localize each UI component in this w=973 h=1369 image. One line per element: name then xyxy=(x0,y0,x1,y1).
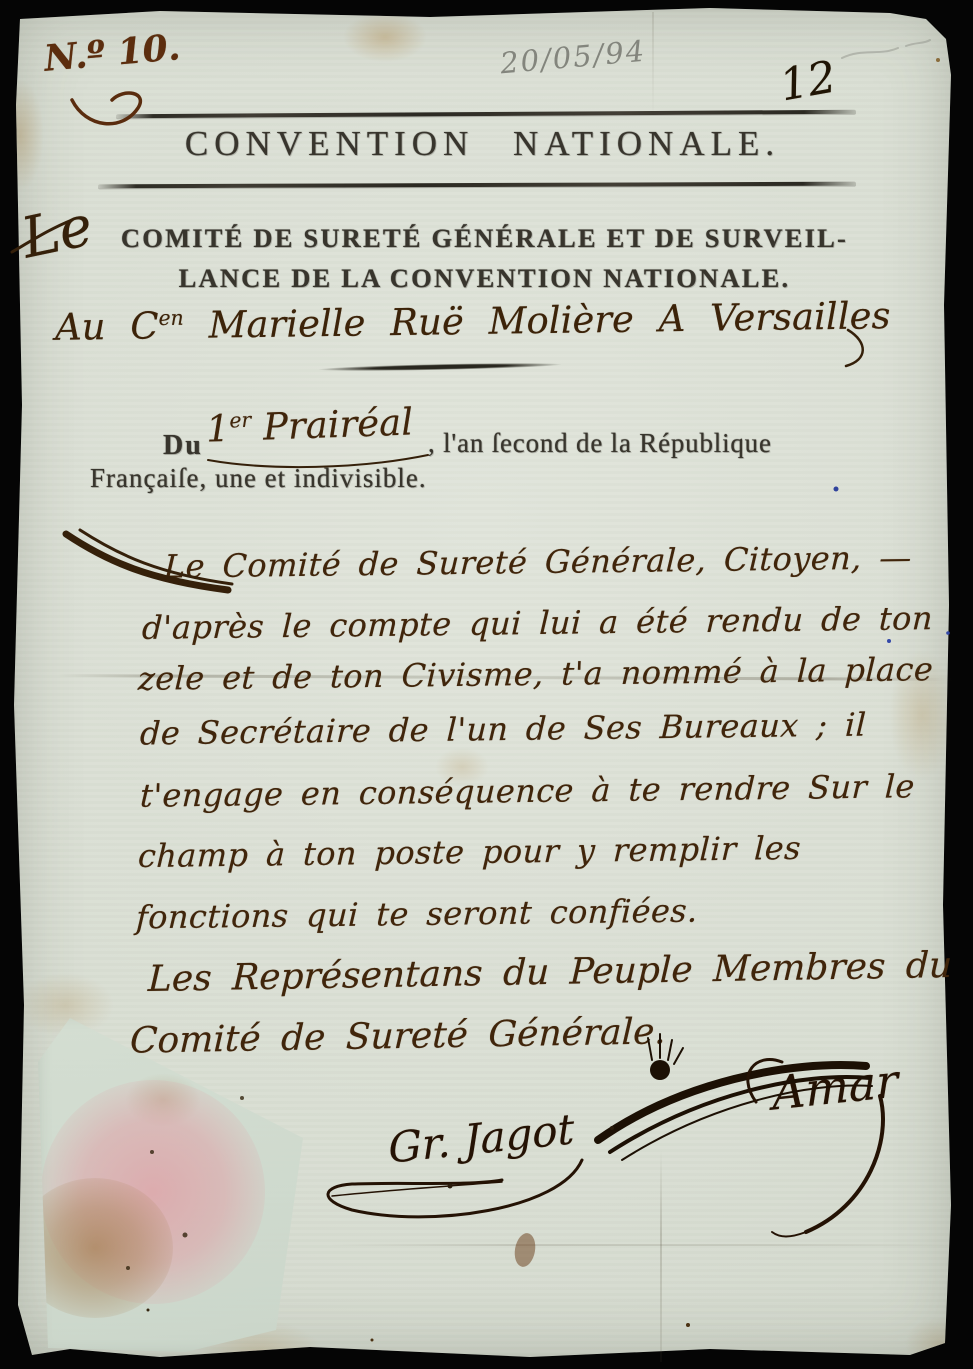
dateline-month: Prairéal xyxy=(251,400,414,449)
masthead-title: CONVENTION NATIONALE. xyxy=(110,124,855,164)
addressee-prefix: Au C xyxy=(55,304,159,348)
dateline-day-suffix: er xyxy=(229,408,252,433)
dateline-printed-suffix: , l'an ſecond de la République xyxy=(428,428,772,459)
dateline-day: 1 xyxy=(205,407,230,451)
photograph-background: N.º 10. 20/05/94 12 CONVENTION NATIONALE… xyxy=(0,0,973,1369)
committee-heading: COMITÉ DE SURETÉ GÉNÉRALE ET DE SURVEIL-… xyxy=(62,218,907,298)
dateline-printed-line2: Françaiſe, une et indivisible. xyxy=(90,463,427,494)
committee-heading-line1: COMITÉ DE SURETÉ GÉNÉRALE ET DE SURVEIL- xyxy=(62,218,907,258)
body-line: champ à ton poste pour y remplir les xyxy=(137,829,801,875)
dateline-handwritten-date: 1er Prairéal xyxy=(205,400,413,450)
addressee-superscript: en xyxy=(158,306,183,330)
dateline-du: Du xyxy=(163,430,203,462)
folio-number: 12 xyxy=(776,52,840,112)
body-line: fonctions qui te seront confiées. xyxy=(135,892,698,937)
committee-heading-line2: LANCE DE LA CONVENTION NATIONALE. xyxy=(62,258,907,298)
